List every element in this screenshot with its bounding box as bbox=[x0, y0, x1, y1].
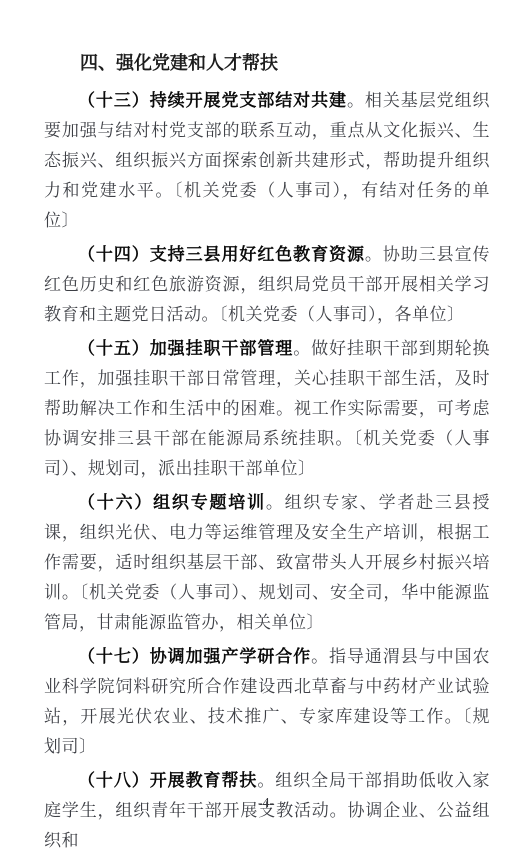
paragraph-18-lead: （十八）开展教育帮扶 bbox=[78, 771, 257, 790]
page-number: -4- bbox=[0, 796, 532, 812]
section-heading: 四、强化党建和人才帮扶 bbox=[44, 48, 490, 78]
paragraph-item-16: （十六）组织专题培训。组织专家、学者赴三县授课，组织光伏、电力等运维管理及安全生… bbox=[44, 488, 490, 638]
paragraph-17-lead: （十七）协调加强产学研合作 bbox=[78, 647, 311, 666]
paragraph-item-15: （十五）加强挂职干部管理。做好挂职干部到期轮换工作，加强挂职干部日常管理，关心挂… bbox=[44, 334, 490, 484]
paragraph-16-lead: （十六）组织专题培训 bbox=[78, 493, 266, 512]
paragraph-15-lead: （十五）加强挂职干部管理 bbox=[78, 339, 293, 358]
paragraph-16-body: 。组织专家、学者赴三县授课，组织光伏、电力等运维管理及安全生产培训，根据工作需要… bbox=[44, 493, 490, 632]
paragraph-15-body: 。做好挂职干部到期轮换工作，加强挂职干部日常管理，关心挂职干部生活，及时帮助解决… bbox=[44, 339, 490, 478]
paragraph-14-lead: （十四）支持三县用好红色教育资源 bbox=[78, 245, 365, 264]
paragraph-item-17: （十七）协调加强产学研合作。指导通渭县与中国农业科学院饲料研究所合作建设西北草畜… bbox=[44, 642, 490, 762]
paragraph-13-lead: （十三）持续开展党支部结对共建 bbox=[78, 91, 347, 110]
paragraph-item-13: （十三）持续开展党支部结对共建。相关基层党组织要加强与结对村党支部的联系互动，重… bbox=[44, 86, 490, 236]
paragraph-13-body: 。相关基层党组织要加强与结对村党支部的联系互动，重点从文化振兴、生态振兴、组织振… bbox=[44, 91, 490, 230]
paragraph-item-14: （十四）支持三县用好红色教育资源。协助三县宣传红色历史和红色旅游资源，组织局党员… bbox=[44, 240, 490, 330]
document-page: 四、强化党建和人才帮扶 （十三）持续开展党支部结对共建。相关基层党组织要加强与结… bbox=[0, 0, 532, 850]
